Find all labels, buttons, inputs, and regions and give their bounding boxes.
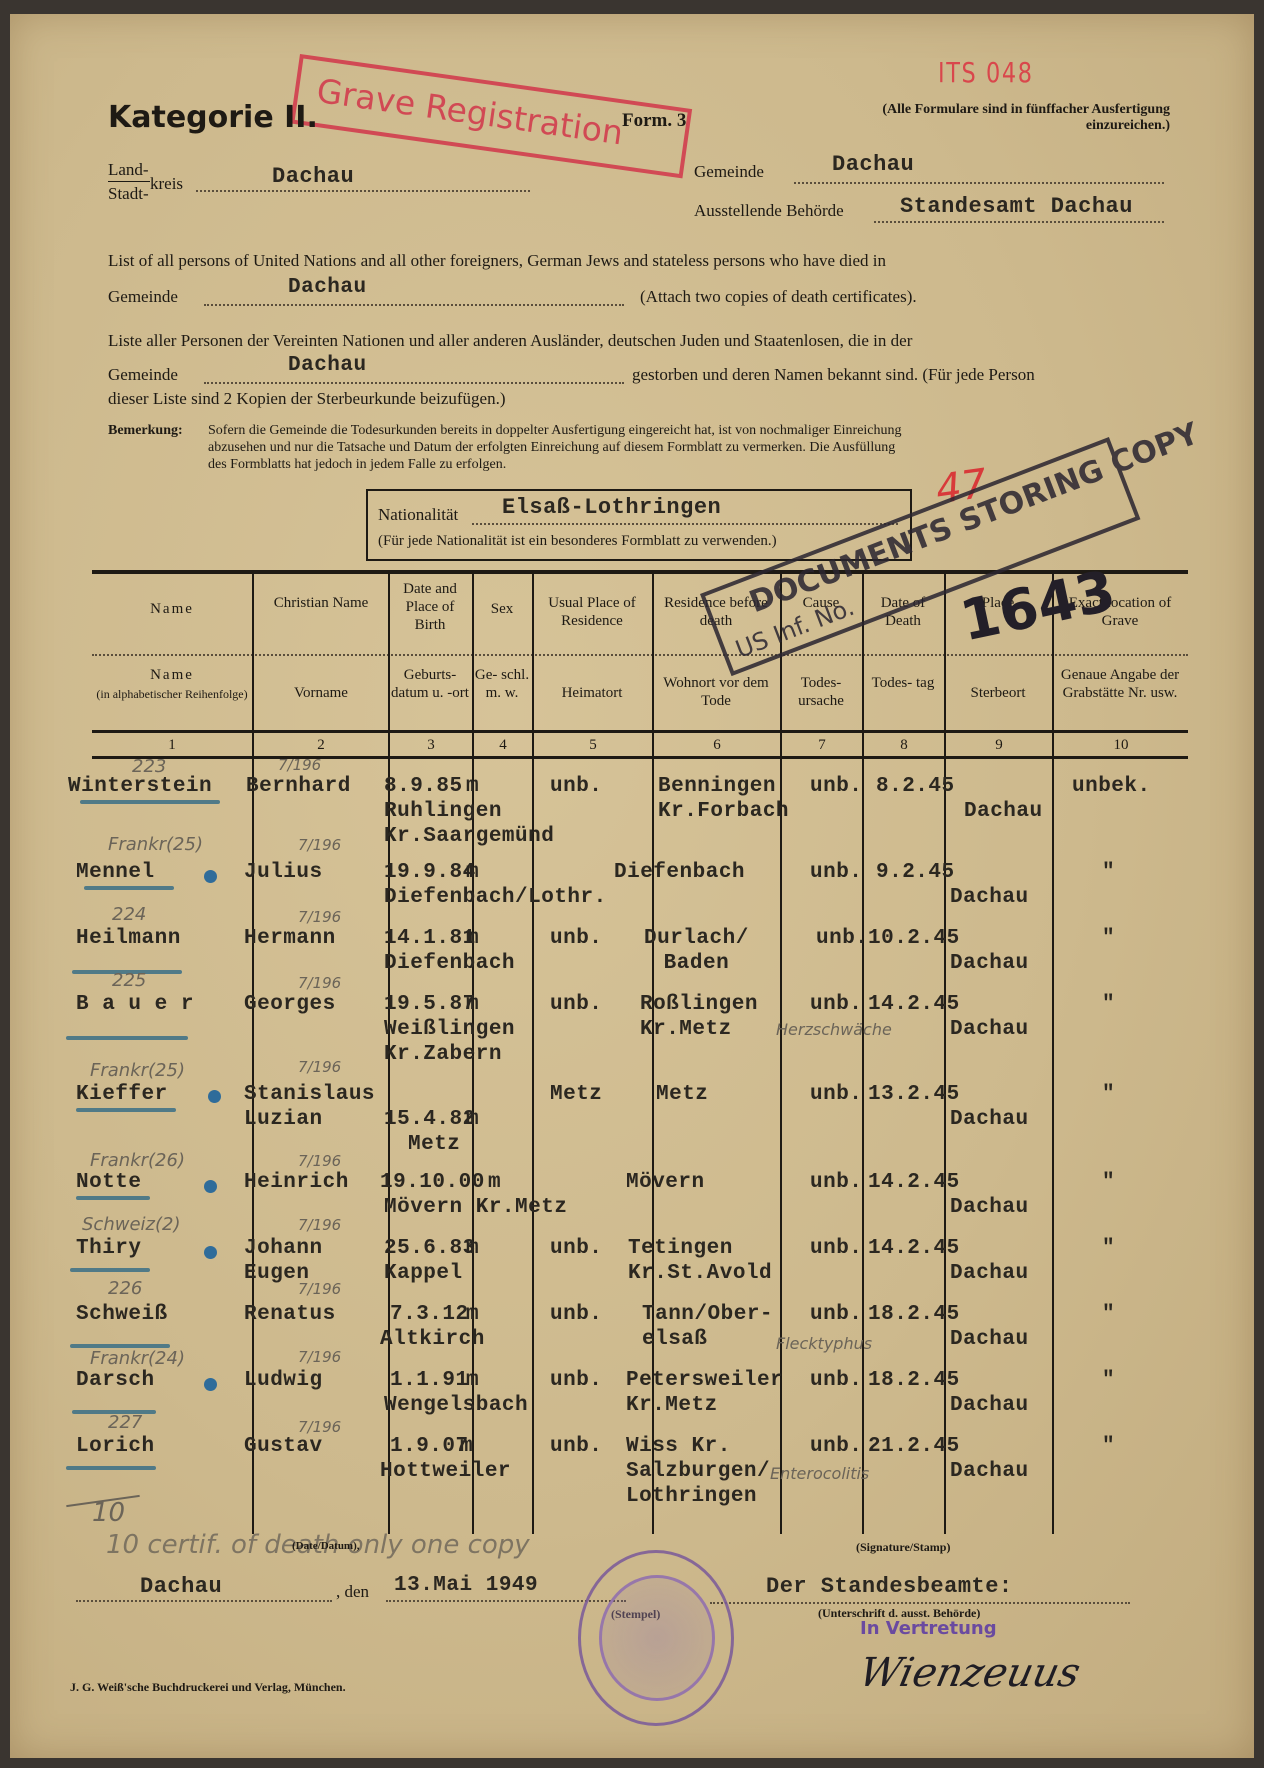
official-seal-stamp: (Stempel) — [578, 1550, 734, 1726]
row-cause: unb. — [810, 860, 862, 885]
intro-german-suffix: gestorben und deren Namen bekannt sind. … — [632, 364, 1164, 386]
row-sex: m — [466, 774, 479, 799]
intro-english-dotted-line — [204, 304, 624, 306]
blue-dot-marker — [204, 1246, 217, 1259]
row-pencil-note: 226 — [108, 1278, 142, 1299]
row-birth-place: Kappel — [384, 1261, 463, 1286]
row-residence: Tann/Ober- elsaß — [642, 1302, 773, 1352]
col-header-name-de: Name — [92, 666, 252, 684]
official-title: Der Standesbeamte: — [766, 1574, 1013, 1599]
seal-emblem-icon — [599, 1575, 715, 1701]
intro-english-suffix: (Attach two copies of death certificates… — [640, 286, 917, 308]
row-home: unb. — [550, 1368, 602, 1393]
row-first-name: Ludwig — [244, 1368, 323, 1393]
name-underline — [76, 1196, 150, 1200]
row-residence: Benningen Kr.Forbach — [658, 774, 789, 824]
intro-german-gemeinde-label: Gemeinde — [108, 364, 178, 386]
row-grave: " — [1102, 1170, 1115, 1195]
row-death-date: 9.2.45 — [876, 860, 955, 885]
landkreis-dotted-line — [196, 190, 530, 192]
row-ref-note: 7/196 — [298, 908, 341, 926]
row-death-date: 14.2.45 — [868, 1170, 960, 1195]
col-number-2: 2 — [254, 736, 388, 754]
row-cause: unb. — [810, 1434, 862, 1459]
row-residence: Roßlingen Kr.Metz — [640, 992, 758, 1042]
row-first-name: Johann Eugen — [244, 1236, 323, 1286]
col-header-cause-de: Todes- ursache — [782, 674, 860, 710]
row-grave: " — [1102, 1434, 1115, 1459]
row-residence: Mövern — [626, 1170, 705, 1195]
row-grave: " — [1102, 926, 1115, 951]
row-ref-note: 7/196 — [298, 974, 341, 992]
row-death-place: Dachau — [950, 1459, 1029, 1484]
row-ref-note: 7/196 — [298, 836, 341, 854]
name-underline — [66, 1036, 188, 1040]
row-name: Darsch — [76, 1368, 155, 1393]
row-death-date: 14.2.45 — [868, 992, 960, 1017]
col-header-name-en: Name — [92, 600, 252, 618]
row-grave: " — [1102, 1082, 1115, 1107]
form-number: Form. 3 — [622, 110, 686, 132]
row-pencil-note: 225 — [112, 970, 146, 991]
col-divider-4 — [532, 574, 534, 1534]
col-number-1: 1 — [92, 736, 252, 754]
row-home: unb. — [550, 926, 602, 951]
row-cause: unb. — [816, 926, 868, 951]
name-underline — [66, 1466, 156, 1470]
col-header-usual-residence-en: Usual Place of Residence — [534, 594, 650, 630]
row-birth-place: Altkirch — [380, 1327, 485, 1352]
row-name: Mennel — [76, 860, 155, 885]
row-death-place: Dachau — [950, 1107, 1029, 1132]
behoerde-dotted-line — [874, 221, 1164, 223]
row-name: Notte — [76, 1170, 142, 1195]
header-rule — [92, 730, 1188, 733]
col-header-sex-en: Sex — [474, 600, 530, 618]
intro-german-line3: dieser Liste sind 2 Kopien der Sterbeurk… — [108, 388, 506, 410]
row-cause-note: Herzschwäche — [776, 1020, 892, 1039]
row-pencil-note: Frankr(25) — [108, 834, 203, 855]
col-divider-9 — [1052, 574, 1054, 1534]
blue-dot-marker — [208, 1090, 221, 1103]
gemeinde-value: Dachau — [832, 152, 914, 177]
row-ref-note: 7/196 — [278, 756, 321, 774]
col-number-10: 10 — [1054, 736, 1188, 754]
row-name: Heilmann — [76, 926, 181, 951]
row-cause: unb. — [810, 774, 862, 799]
row-cause: unb. — [810, 1082, 862, 1107]
col-number-4: 4 — [474, 736, 532, 754]
row-death-place: Dachau — [950, 1327, 1029, 1352]
col-header-birth-en: Date and Place of Birth — [390, 580, 470, 634]
row-name: Winterstein — [68, 774, 212, 799]
blue-dot-marker — [204, 1180, 217, 1193]
nationality-label: Nationalität — [378, 505, 458, 525]
gemeinde-dotted-line — [794, 182, 1164, 184]
landkreis-value: Dachau — [272, 164, 354, 189]
row-first-name: Stanislaus Luzian — [244, 1082, 375, 1132]
row-death-place: Dachau — [950, 1195, 1029, 1220]
landkreis-divider — [108, 181, 150, 182]
col-header-usual-residence-de: Heimatort — [534, 684, 650, 702]
blue-dot-marker — [204, 1378, 217, 1391]
landkreis-label-bottom: Stadt- — [108, 184, 149, 204]
intro-german-dotted-line — [204, 382, 624, 384]
row-grave: " — [1102, 1302, 1115, 1327]
nationality-value: Elsaß-Lothringen — [502, 495, 721, 520]
place-dotted-line — [76, 1600, 332, 1602]
row-sex: m — [466, 1107, 479, 1132]
intro-german-gemeinde-value: Dachau — [288, 354, 367, 377]
row-cause: unb. — [810, 992, 862, 1017]
name-underline — [80, 800, 220, 804]
row-first-name: Renatus — [244, 1302, 336, 1327]
row-death-date: 21.2.45 — [868, 1434, 960, 1459]
row-birth-place: Mövern Kr.Metz — [384, 1195, 567, 1220]
row-death-date: 8.2.45 — [876, 774, 955, 799]
row-home: unb. — [550, 774, 602, 799]
col-number-7: 7 — [782, 736, 862, 754]
row-first-name: Heinrich — [244, 1170, 349, 1195]
row-birth-place: Diefenbach — [384, 951, 515, 976]
column-number-rule — [92, 756, 1188, 759]
row-grave: " — [1102, 992, 1115, 1017]
row-sex: m — [466, 1302, 479, 1327]
row-name: B a u e r — [76, 992, 194, 1017]
row-residence: Diefenbach — [614, 860, 745, 885]
row-sex: m — [466, 926, 479, 951]
row-pencil-note: Frankr(25) — [90, 1060, 185, 1081]
col-header-sex-de: Ge- schl. m. w. — [474, 666, 530, 702]
row-death-place: Dachau — [964, 799, 1043, 824]
col-header-residence-before-death-de: Wohnort vor dem Tode — [654, 674, 778, 710]
landkreis-label-top: Land- — [108, 160, 149, 180]
row-home: unb. — [550, 992, 602, 1017]
col-number-9: 9 — [946, 736, 1052, 754]
col-header-date-death-de: Todes- tag — [864, 674, 942, 692]
signature-caption: (Signature/Stamp) — [856, 1540, 950, 1555]
deputy-stamp: In Vertretung — [860, 1618, 997, 1639]
row-death-place: Dachau — [950, 1017, 1029, 1042]
col-header-christian-name-en: Christian Name — [258, 594, 384, 612]
row-birth-place: Wengelsbach — [384, 1393, 528, 1418]
col-number-3: 3 — [390, 736, 472, 754]
col-header-place-de: Sterbeort — [946, 684, 1050, 702]
intro-english-line: List of all persons of United Nations an… — [108, 250, 1164, 272]
col-header-christian-name-de: Vorname — [258, 684, 384, 702]
row-ref-note: 7/196 — [298, 1280, 341, 1298]
row-birth-date: 14.1.81 — [384, 926, 476, 951]
name-underline — [70, 1268, 150, 1272]
intro-english-gemeinde-value: Dachau — [288, 276, 367, 299]
blue-dot-marker — [204, 870, 217, 883]
signature-dotted-line — [710, 1602, 1130, 1604]
row-death-date: 14.2.45 — [868, 1236, 960, 1261]
row-death-date: 10.2.45 — [868, 926, 960, 951]
printer-imprint: J. G. Weiß'sche Buchdruckerei und Verlag… — [70, 1680, 346, 1695]
row-residence: Tetingen Kr.St.Avold — [628, 1236, 772, 1286]
row-birth-date: 19.9.84 — [384, 860, 476, 885]
row-grave: unbek. — [1072, 774, 1151, 799]
remark-text-1: Sofern die Gemeinde die Todesurkunden be… — [208, 422, 1164, 439]
document-page: ITS 048 Grave Registration Kategorie II.… — [10, 14, 1254, 1758]
table-top-rule — [92, 570, 1188, 574]
row-death-date: 13.2.45 — [868, 1082, 960, 1107]
row-sex: m — [460, 1434, 473, 1459]
row-birth-place: Diefenbach/Lothr. — [384, 885, 607, 910]
copies-instruction: (Alle Formulare sind in fünffacher Ausfe… — [850, 102, 1170, 134]
intro-english-gemeinde-label: Gemeinde — [108, 286, 178, 308]
row-grave: " — [1102, 1236, 1115, 1261]
col-number-5: 5 — [534, 736, 652, 754]
row-cause-note: Flecktyphus — [776, 1334, 872, 1353]
date-caption: (Date/Datum), — [292, 1540, 360, 1552]
place-value: Dachau — [140, 1574, 222, 1599]
col-header-name-de-note: (in alphabetischer Reihenfolge) — [92, 688, 252, 701]
row-cause-note: Enterocolitis — [770, 1464, 869, 1483]
row-sex: m — [466, 1368, 479, 1393]
row-cause: unb. — [810, 1368, 862, 1393]
gemeinde-label: Gemeinde — [694, 162, 764, 182]
row-home: unb. — [550, 1434, 602, 1459]
row-birth-place: Hottweiler — [380, 1459, 511, 1484]
row-cause: unb. — [810, 1170, 862, 1195]
row-birth-place: Ruhlingen Kr.Saargemünd — [384, 799, 554, 849]
landkreis-label-suffix: kreis — [150, 174, 183, 194]
intro-german-line: Liste aller Personen der Vereinten Natio… — [108, 330, 1164, 352]
row-pencil-note: 224 — [112, 904, 146, 925]
row-first-name: Hermann — [244, 926, 336, 951]
row-death-place: Dachau — [950, 1261, 1029, 1286]
row-first-name: Julius — [244, 860, 323, 885]
row-birth-date: 8.9.85 — [384, 774, 463, 799]
row-name: Thiry — [76, 1236, 142, 1261]
row-sex: m — [488, 1170, 501, 1195]
row-residence: Durlach/ Baden — [644, 926, 749, 976]
row-home: Metz — [550, 1082, 602, 1107]
row-death-place: Dachau — [950, 951, 1029, 976]
row-birth-date: 1.9.07 — [390, 1434, 469, 1459]
category-title: Kategorie II. — [108, 100, 318, 135]
row-ref-note: 7/196 — [298, 1152, 341, 1170]
row-name: Schweiß — [76, 1302, 168, 1327]
archive-code-stamp: ITS 048 — [938, 56, 1034, 89]
header-dotted-rule — [92, 654, 1188, 657]
row-birth-date: 7.3.12 — [390, 1302, 469, 1327]
date-value: 13.Mai 1949 — [394, 1574, 538, 1597]
row-death-date: 18.2.45 — [868, 1302, 960, 1327]
row-birth-place: Weißlingen Kr.Zabern — [384, 1017, 515, 1067]
row-first-name: Bernhard — [246, 774, 351, 799]
row-home: unb. — [550, 1236, 602, 1261]
den-label: , den — [336, 1582, 369, 1602]
row-death-place: Dachau — [950, 1393, 1029, 1418]
row-ref-note: 7/196 — [298, 1058, 341, 1076]
row-cause: unb. — [810, 1236, 862, 1261]
row-birth-date: 19.5.87 — [384, 992, 476, 1017]
name-underline — [84, 886, 174, 890]
total-count-note: 10 — [92, 1498, 125, 1528]
row-name: Lorich — [76, 1434, 155, 1459]
remark-text-2: abzusehen und nur die Tatsache und Datum… — [208, 439, 1164, 456]
seal-caption: (Stempel) — [611, 1607, 660, 1622]
row-death-place: Dachau — [950, 885, 1029, 910]
row-pencil-note: Frankr(26) — [90, 1150, 185, 1171]
row-pencil-note: Schweiz(2) — [82, 1214, 180, 1235]
remark-label: Bemerkung: — [108, 422, 183, 439]
row-sex: m — [466, 992, 479, 1017]
row-death-date: 18.2.45 — [868, 1368, 960, 1393]
col-header-birth-de: Geburts- datum u. -ort — [390, 666, 470, 702]
row-first-name: Gustav — [244, 1434, 323, 1459]
behoerde-label: Ausstellende Behörde — [694, 201, 844, 221]
row-grave: " — [1102, 860, 1115, 885]
row-birth-date: 1.1.91 — [390, 1368, 469, 1393]
row-birth-date: 19.10.00 — [380, 1170, 485, 1195]
row-sex: m — [466, 860, 479, 885]
row-cause: unb. — [810, 1302, 862, 1327]
row-name: Kieffer — [76, 1082, 168, 1107]
nationality-dotted-line — [472, 523, 898, 525]
col-number-6: 6 — [654, 736, 780, 754]
row-ref-note: 7/196 — [298, 1216, 341, 1234]
col-number-8: 8 — [864, 736, 944, 754]
nationality-note: (Für jede Nationalität ist ein besondere… — [378, 533, 777, 550]
row-birth-date: 25.6.83 — [384, 1236, 476, 1261]
row-residence: Wiss Kr. Salzburgen/ Lothringen — [626, 1434, 770, 1509]
behoerde-value: Standesamt Dachau — [900, 194, 1133, 219]
row-birth-place: Metz — [408, 1132, 460, 1157]
row-home: unb. — [550, 1302, 602, 1327]
official-signature: Wienzeuus — [855, 1650, 1084, 1696]
name-underline — [76, 1108, 176, 1112]
row-birth-date: 15.4.82 — [384, 1107, 476, 1132]
row-sex: m — [466, 1236, 479, 1261]
row-first-name: Georges — [244, 992, 336, 1017]
row-pencil-note: 227 — [108, 1412, 142, 1433]
row-residence: Petersweiler Kr.Metz — [626, 1368, 766, 1418]
row-residence: Metz — [656, 1082, 708, 1107]
row-pencil-note: Frankr(24) — [90, 1348, 185, 1369]
row-ref-note: 7/196 — [298, 1348, 341, 1366]
col-header-grave-de: Genaue Angabe der Grabstätte Nr. usw. — [1054, 666, 1186, 702]
row-grave: " — [1102, 1368, 1115, 1393]
